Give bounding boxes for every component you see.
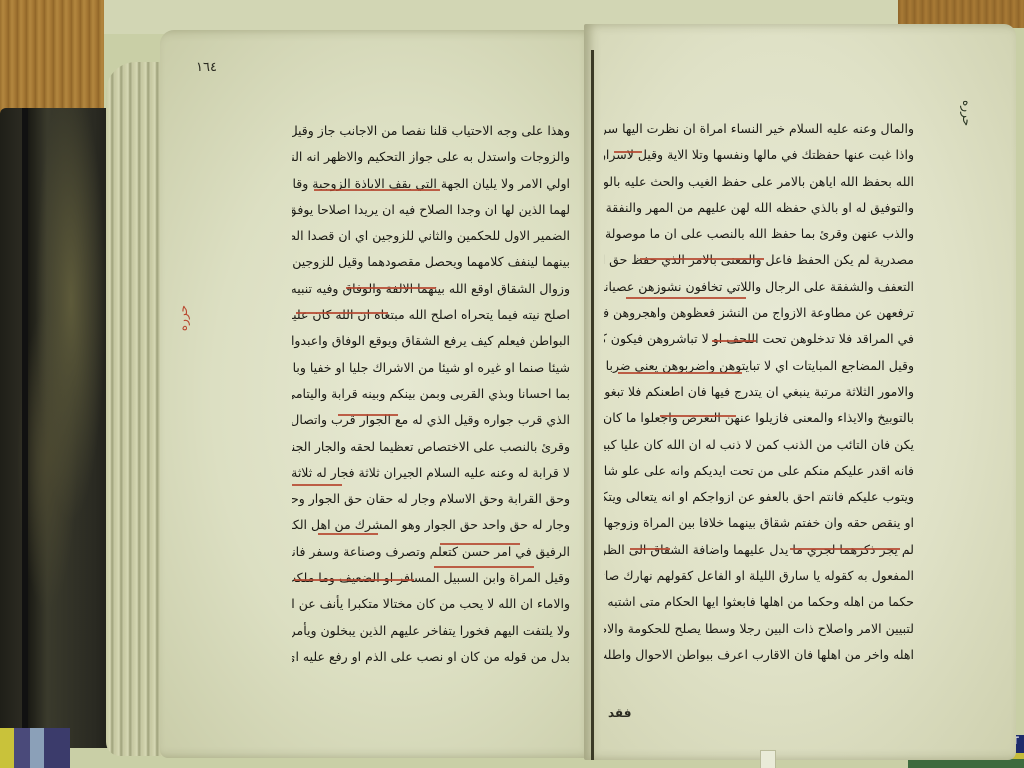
right-page-text: والمال وعنه عليه السلام خير النساء امراة… [604,116,914,668]
text-line: حكما من اهله وحكما من اهلها فابعثوا ايها… [604,589,914,615]
text-line: بما احسانا وبذي القربى وبمن بينكم وبينه … [292,381,570,407]
rubric-overline [618,372,742,374]
text-line: فانه اقدر عليكم منكم على من تحت ايديكم و… [604,458,914,484]
rubric-overline [640,258,764,260]
text-line: واذا غبت عنها حفظتك في مالها ونفسها وتلا… [604,142,914,168]
binding-spine [22,108,28,738]
text-line: ويتوب عليكم فانتم احق بالعفو عن ازواجكم … [604,484,914,510]
rubric-overline [660,415,736,417]
rubric-overline [294,579,414,581]
text-line: يكن فان التائب من الذنب كمن لا ذنب له ان… [604,432,914,458]
rubric-overline [292,484,342,486]
text-line: وهذا على وجه الاحتياب قلنا نفصا من الاجا… [292,118,570,144]
rubric-overline [318,533,378,535]
text-line: بينهما لينفف كلامهما ويحصل مقصودهما وقيل… [292,249,570,275]
stacked-books-left [0,728,70,768]
rubric-overline [338,414,398,416]
text-line: الضمير الاول للحكمين والثاني للزوجين اي … [292,223,570,249]
rubric-overline [790,548,900,550]
folio-number: ١٦٤ [196,60,217,75]
rubric-overline [614,151,642,153]
left-page-text: وهذا على وجه الاحتياب قلنا نفصا من الاجا… [292,118,570,670]
book-gutter [591,50,594,760]
text-line: لهما الذين لها ان وجدا الصلاح فيه ان يري… [292,197,570,223]
text-line: الرفيق في امر حسن كتعلم وتصرف وصناعة وسف… [292,539,570,565]
rubric-overline [434,566,534,568]
bookmark-tab [760,750,776,768]
text-line: بالتوبيخ والايذاء والمعنى فازيلوا عنهن ا… [604,405,914,431]
rubric-overline [630,548,670,550]
text-line: لا قرابة له وعنه عليه السلام الجيران ثلا… [292,460,570,486]
text-line: وقيل المضاجع المبايتات اي لا تبايتوهن وا… [604,353,914,379]
rubric-overline [440,543,520,545]
text-line: مصدرية لم يكن الحفظ فاعل والمعنى بالامر … [604,247,914,273]
text-line: وقرئ بالنصب على الاختصاص تعظيما لحقه وال… [292,434,570,460]
rubric-overline [346,287,436,289]
text-line: الذي قرب جواره وقيل الذي له مع الجوار قر… [292,407,570,433]
text-line: اصلح نيته فيما يتحراه اصلح الله مبتغاه ا… [292,302,570,328]
text-line: والزوجات واستدل به على جواز التحكيم والا… [292,144,570,170]
text-line: ترفعهن عن مطاوعة الازواج من النشز فعظوهن… [604,300,914,326]
leather-binding [0,108,118,748]
text-line: اولي الامر ولا يليان الجهة التي يقف الاي… [292,171,570,197]
text-line: شيئا صنما او غيره او شيئا من الاشراك جلي… [292,355,570,381]
text-line: والمال وعنه عليه السلام خير النساء امراة… [604,116,914,142]
text-line: والامور الثلاثة مرتبة ينبغي ان يتدرج فيه… [604,379,914,405]
text-line: اهله واخر من اهلها فان الاقارب اعرف ببوا… [604,642,914,668]
text-line: او ينقص حقه وان خفتم شقاق بينهما خلافا ب… [604,510,914,536]
margin-note-right: حرره [960,100,974,126]
rubric-overline [626,297,746,299]
rubric-overline [296,312,388,314]
text-line: والتوفيق له او بالذي حفظه الله لهن عليهم… [604,195,914,221]
text-line: والذب عنهن وقرئ بما حفظ الله بالنصب على … [604,221,914,247]
margin-note-left: حرره [176,305,190,331]
text-line: بدل من قوله من كان او نصب على الذم او رف… [292,644,570,670]
text-line: البواطن فيعلم كيف يرفع الشقاق ويوقع الوف… [292,328,570,354]
text-line: والاماء ان الله لا يحب من كان مختالا متك… [292,591,570,617]
text-line: الله بحفظ الله اياهن بالامر على حفظ الغي… [604,169,914,195]
text-line: لتبيين الامر واصلاح ذات البين رجلا وسطا … [604,616,914,642]
text-line: المفعول به كقوله يا سارق الليلة او الفاع… [604,563,914,589]
rubric-overline [314,189,440,191]
rubric-overline [712,340,756,342]
catchword: فقد [608,706,631,720]
text-line: وحق القرابة وحق الاسلام وجار له حقان حق … [292,486,570,512]
text-line: في المراقد فلا تدخلوهن تحت اللحف او لا ت… [604,326,914,352]
text-line: ولا يلتفت اليهم فخورا يتفاخر عليهم الذين… [292,618,570,644]
